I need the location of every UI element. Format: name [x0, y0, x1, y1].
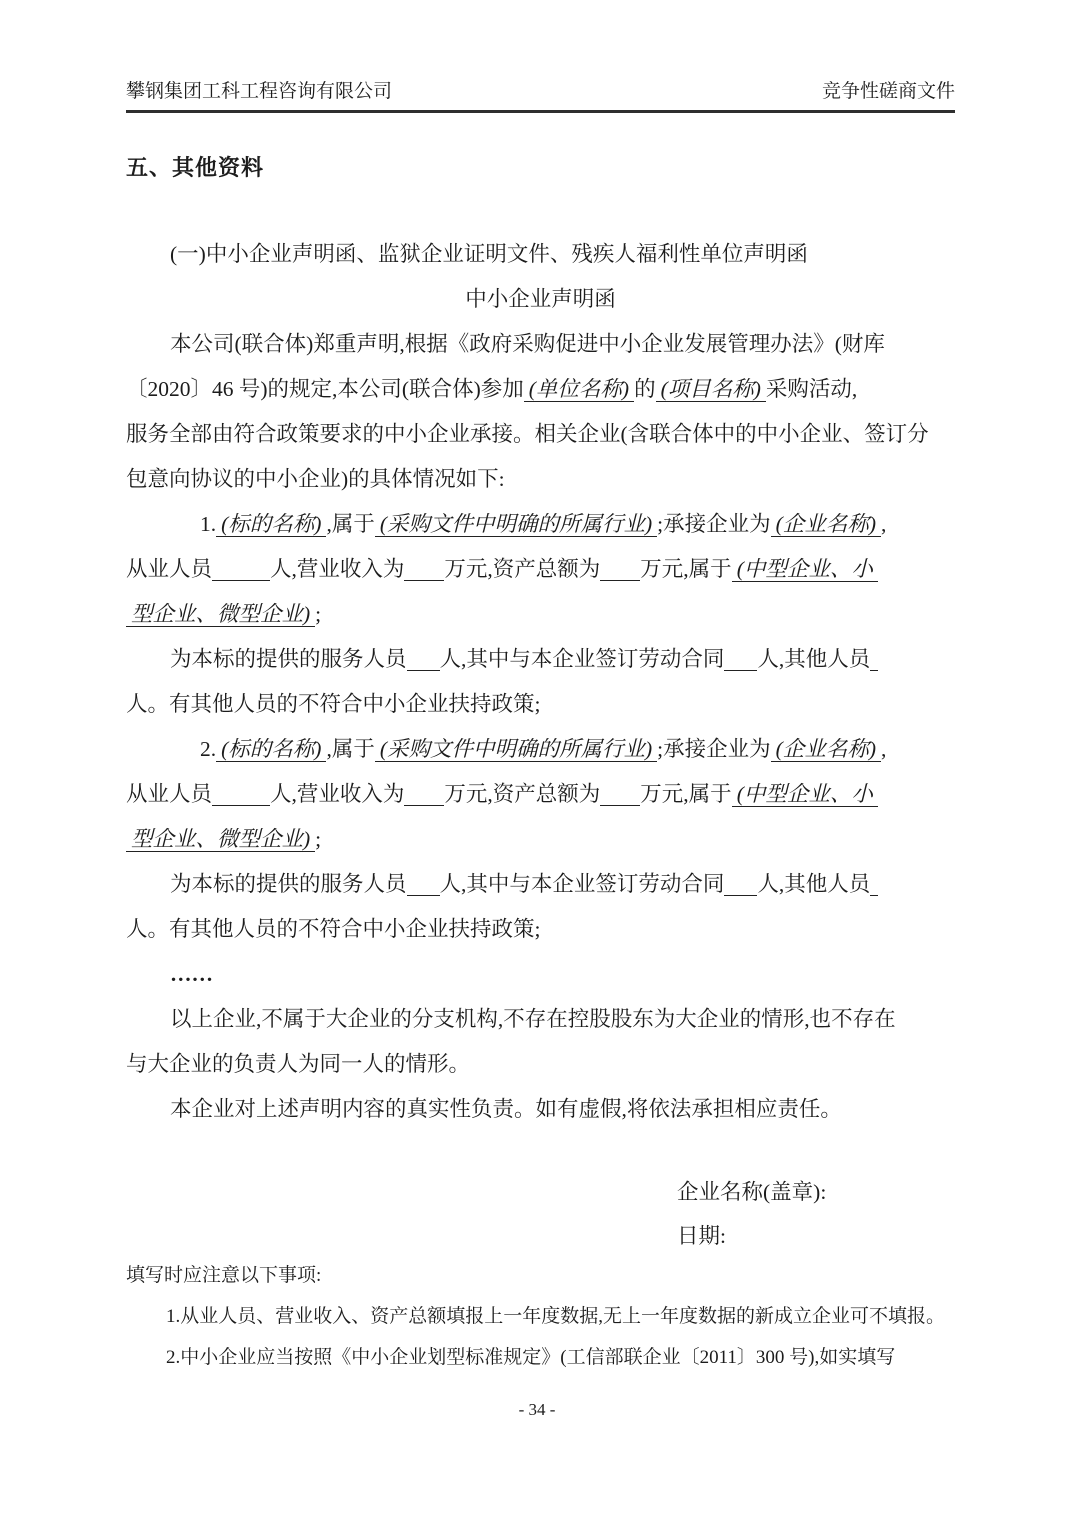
- notes-list: 1.从业人员、营业收入、资产总额填报上一年度数据,无上一年度数据的新成立企业可不…: [126, 1296, 1026, 1378]
- body-line: 人。有其他人员的不符合中小企业扶持政策;: [126, 907, 955, 952]
- text-run: ,: [881, 512, 886, 536]
- body-line: 中小企业声明函: [126, 277, 955, 322]
- body-line: 为本标的提供的服务人员人,其中与本企业签订劳动合同人,其他人员: [126, 637, 955, 682]
- doc-type-label: 竞争性磋商文件: [822, 76, 955, 103]
- text-run: 人,其中与本企业签订劳动合同: [440, 647, 725, 671]
- body-line: 服务全部由符合政策要求的中小企业承接。相关企业(含联合体中的中小企业、签订分: [126, 412, 955, 457]
- text-run: 人。有其他人员的不符合中小企业扶持政策;: [126, 692, 540, 716]
- text-run: 从业人员: [126, 782, 212, 806]
- placeholder-field: (中型企业、小: [732, 782, 878, 807]
- body-line: 本公司(联合体)郑重声明,根据《政府采购促进中小企业发展管理办法》(财库: [126, 322, 955, 367]
- body-line: (一)中小企业声明函、监狱企业证明文件、残疾人福利性单位声明函: [126, 232, 955, 277]
- text-run: ;: [315, 602, 321, 626]
- notes-title: 填写时应注意以下事项:: [126, 1256, 1026, 1296]
- text-run: 本公司(联合体)郑重声明,根据《政府采购促进中小企业发展管理办法》(财库: [170, 332, 885, 356]
- notes-block: 填写时应注意以下事项: 1.从业人员、营业收入、资产总额填报上一年度数据,无上一…: [126, 1256, 1026, 1378]
- note-item: 1.从业人员、营业收入、资产总额填报上一年度数据,无上一年度数据的新成立企业可不…: [126, 1296, 1026, 1337]
- text-run: 人,其他人员: [757, 647, 870, 671]
- body-line: 为本标的提供的服务人员人,其中与本企业签订劳动合同人,其他人员: [126, 862, 955, 907]
- text-run: 服务全部由符合政策要求的中小企业承接。相关企业(含联合体中的中小企业、签订分: [126, 422, 929, 446]
- text-run: ,: [881, 737, 886, 761]
- page-footer: - 34 -: [0, 1400, 1074, 1420]
- body-line: 型企业、微型企业);: [126, 592, 955, 637]
- blank-field: [870, 644, 878, 671]
- body-line: 以上企业,不属于大企业的分支机构,不存在控股股东为大企业的情形,也不存在: [126, 997, 955, 1042]
- text-run: ;承接企业为: [657, 512, 770, 536]
- body-line: 2.(标的名称),属于(采购文件中明确的所属行业);承接企业为(企业名称),: [126, 727, 955, 772]
- blank-field: [212, 779, 270, 806]
- text-run: ,属于: [326, 512, 374, 536]
- text-run: 与大企业的负责人为同一人的情形。: [126, 1052, 470, 1076]
- body-line: 包意向协议的中小企业)的具体情况如下:: [126, 457, 955, 502]
- text-run: 万元,资产总额为: [444, 557, 600, 581]
- signature-block: 企业名称(盖章): 日期:: [677, 1170, 826, 1258]
- text-run: 2.: [200, 737, 216, 761]
- section-title: 五、其他资料: [126, 151, 264, 182]
- body-line: 1.(标的名称),属于(采购文件中明确的所属行业);承接企业为(企业名称),: [126, 502, 955, 547]
- body-line: 从业人员人,营业收入为万元,资产总额为万元,属于(中型企业、小: [126, 772, 955, 817]
- text-run: 以上企业,不属于大企业的分支机构,不存在控股股东为大企业的情形,也不存在: [170, 1007, 896, 1031]
- text-run: (一)中小企业声明函、监狱企业证明文件、残疾人福利性单位声明函: [170, 242, 808, 266]
- blank-field: [600, 779, 640, 806]
- text-run: 为本标的提供的服务人员: [170, 647, 407, 671]
- company-name: 攀钢集团工科工程咨询有限公司: [126, 76, 392, 103]
- blank-field: [870, 869, 878, 896]
- blank-field: [407, 644, 440, 671]
- declaration-body: (一)中小企业声明函、监狱企业证明文件、残疾人福利性单位声明函中小企业声明函本公…: [126, 232, 955, 1132]
- blank-field: [407, 869, 440, 896]
- text-run: 万元,属于: [640, 557, 731, 581]
- text-run: ,属于: [326, 737, 374, 761]
- blank-field: [404, 554, 444, 581]
- placeholder-field: (标的名称): [216, 512, 326, 537]
- blank-field: [724, 644, 757, 671]
- text-run: 万元,资产总额为: [444, 782, 600, 806]
- blank-field: [404, 779, 444, 806]
- placeholder-field: (企业名称): [771, 512, 881, 537]
- text-run: 〔2020〕46 号)的规定,本公司(联合体)参加: [126, 377, 524, 401]
- text-run: 从业人员: [126, 557, 212, 581]
- body-line: 从业人员人,营业收入为万元,资产总额为万元,属于(中型企业、小: [126, 547, 955, 592]
- blank-field: [724, 869, 757, 896]
- text-run: 包意向协议的中小企业)的具体情况如下:: [126, 467, 505, 491]
- text-run: 人,营业收入为: [270, 782, 404, 806]
- placeholder-field: (中型企业、小: [732, 557, 878, 582]
- page-header: 攀钢集团工科工程咨询有限公司 竞争性磋商文件: [126, 76, 955, 113]
- body-line: 与大企业的负责人为同一人的情形。: [126, 1042, 955, 1087]
- text-run: ;: [315, 827, 321, 851]
- placeholder-field: (标的名称): [216, 737, 326, 762]
- text-run: 为本标的提供的服务人员: [170, 872, 407, 896]
- text-run: 采购活动,: [766, 377, 857, 401]
- text-run: 万元,属于: [640, 782, 731, 806]
- blank-field: [600, 554, 640, 581]
- body-line: ……: [126, 952, 955, 997]
- body-line: 本企业对上述声明内容的真实性负责。如有虚假,将依法承担相应责任。: [126, 1087, 955, 1132]
- placeholder-field: (项目名称): [656, 377, 766, 402]
- body-line: 人。有其他人员的不符合中小企业扶持政策;: [126, 682, 955, 727]
- text-run: 的: [634, 377, 656, 401]
- text-run: 本企业对上述声明内容的真实性负责。如有虚假,将依法承担相应责任。: [170, 1097, 842, 1121]
- body-line: 型企业、微型企业);: [126, 817, 955, 862]
- date-label: 日期:: [677, 1214, 826, 1258]
- text-run: ……: [170, 962, 213, 986]
- document-page: 攀钢集团工科工程咨询有限公司 竞争性磋商文件 五、其他资料 (一)中小企业声明函…: [0, 0, 1074, 1520]
- text-run: 中小企业声明函: [465, 287, 616, 311]
- text-run: 人,其他人员: [757, 872, 870, 896]
- body-line: 〔2020〕46 号)的规定,本公司(联合体)参加(单位名称)的(项目名称)采购…: [126, 367, 955, 412]
- text-run: 人。有其他人员的不符合中小企业扶持政策;: [126, 917, 540, 941]
- placeholder-field: 型企业、微型企业): [126, 602, 315, 627]
- placeholder-field: (企业名称): [771, 737, 881, 762]
- page-number: - 34 -: [519, 1400, 556, 1419]
- placeholder-field: 型企业、微型企业): [126, 827, 315, 852]
- placeholder-field: (采购文件中明确的所属行业): [375, 512, 657, 537]
- text-run: 人,其中与本企业签订劳动合同: [440, 872, 725, 896]
- text-run: 1.: [200, 512, 216, 536]
- company-seal-label: 企业名称(盖章):: [677, 1170, 826, 1214]
- placeholder-field: (单位名称): [524, 377, 634, 402]
- placeholder-field: (采购文件中明确的所属行业): [375, 737, 657, 762]
- text-run: 人,营业收入为: [270, 557, 404, 581]
- blank-field: [212, 554, 270, 581]
- note-item: 2.中小企业应当按照《中小企业划型标准规定》(工信部联企业〔2011〕300 号…: [126, 1337, 1026, 1378]
- text-run: ;承接企业为: [657, 737, 770, 761]
